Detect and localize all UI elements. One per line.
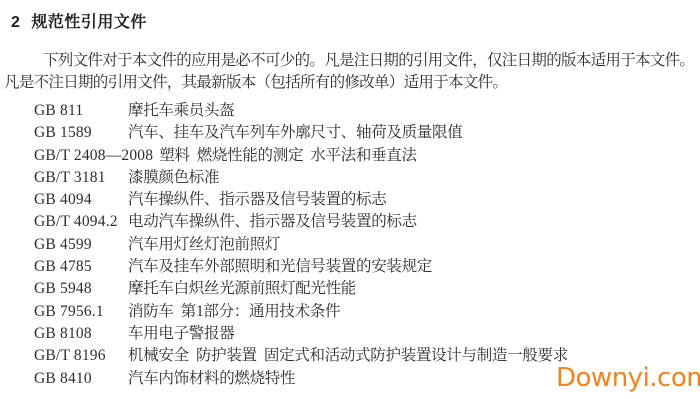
reference-title: 汽车用灯丝灯泡前照灯 — [128, 234, 280, 256]
reference-title: 汽车内饰材料的燃烧特性 — [128, 368, 295, 390]
reference-code: GB 811 — [34, 100, 122, 122]
reference-code: GB 4785 — [34, 256, 122, 278]
reference-row: GB 1589 汽车、挂车及汽车列车外廓尺寸、轴荷及质量限值 — [34, 122, 694, 144]
reference-code: GB/T 3181 — [34, 167, 122, 189]
reference-row: GB 5948 摩托车白炽丝光源前照灯配光性能 — [34, 278, 694, 300]
section-heading: 2规范性引用文件 — [11, 9, 147, 32]
reference-code: GB 4094 — [34, 189, 122, 211]
reference-row: GB 8108 车用电子警报器 — [34, 323, 694, 345]
section-number: 2 — [11, 14, 20, 31]
reference-code: GB 5948 — [34, 278, 122, 300]
intro-paragraph-line-2: 凡是不注日期的引用文件，其最新版本（包括所有的修改单）适用于本文件。 — [4, 72, 699, 94]
reference-row: GB/T 2408—2008 塑料 燃烧性能的测定 水平法和垂直法 — [34, 145, 694, 167]
reference-title: 汽车及挂车外部照明和光信号装置的安装规定 — [128, 256, 432, 278]
reference-row: GB 4599 汽车用灯丝灯泡前照灯 — [34, 234, 694, 256]
reference-code: GB 1589 — [34, 122, 122, 144]
reference-code: GB/T 2408—2008 — [34, 145, 153, 167]
section-title: 规范性引用文件 — [31, 14, 147, 31]
reference-code: GB 4599 — [34, 234, 122, 256]
reference-code: GB 7956.1 — [34, 301, 122, 323]
reference-code: GB 8410 — [34, 368, 122, 390]
reference-code: GB/T 8196 — [34, 345, 122, 367]
reference-row: GB/T 3181 漆膜颜色标准 — [34, 167, 694, 189]
reference-title: 塑料 燃烧性能的测定 水平法和垂直法 — [159, 145, 417, 167]
standard-document-page: 2规范性引用文件 下列文件对于本文件的应用是必不可少的。凡是注日期的引用文件，仅… — [0, 0, 700, 399]
reference-title: 车用电子警报器 — [128, 323, 234, 345]
reference-title: 电动汽车操纵件、指示器及信号装置的标志 — [128, 211, 417, 233]
reference-title: 汽车、挂车及汽车列车外廓尺寸、轴荷及质量限值 — [128, 122, 462, 144]
reference-title: 消防车 第1部分：通用技术条件 — [128, 301, 340, 323]
reference-row: GB 811 摩托车乘员头盔 — [34, 100, 694, 122]
reference-row: GB/T 4094.2 电动汽车操纵件、指示器及信号装置的标志 — [34, 211, 694, 233]
references-list: GB 811 摩托车乘员头盔 GB 1589 汽车、挂车及汽车列车外廓尺寸、轴荷… — [34, 100, 694, 390]
reference-row: GB 4094 汽车操纵件、指示器及信号装置的标志 — [34, 189, 694, 211]
reference-row: GB 7956.1 消防车 第1部分：通用技术条件 — [34, 301, 694, 323]
watermark-downyi: Downyi.com — [556, 363, 700, 393]
reference-code: GB/T 4094.2 — [34, 211, 122, 233]
reference-title: 摩托车白炽丝光源前照灯配光性能 — [128, 278, 356, 300]
reference-title: 漆膜颜色标准 — [128, 167, 219, 189]
reference-code: GB 8108 — [34, 323, 122, 345]
reference-title: 摩托车乘员头盔 — [128, 100, 234, 122]
intro-paragraph-line-1: 下列文件对于本文件的应用是必不可少的。凡是注日期的引用文件，仅注日期的版本适用于… — [4, 50, 699, 72]
intro-paragraph: 下列文件对于本文件的应用是必不可少的。凡是注日期的引用文件，仅注日期的版本适用于… — [4, 50, 699, 94]
reference-title: 机械安全 防护装置 固定式和活动式防护装置设计与制造一般要求 — [128, 345, 568, 367]
reference-row: GB 4785 汽车及挂车外部照明和光信号装置的安装规定 — [34, 256, 694, 278]
reference-title: 汽车操纵件、指示器及信号装置的标志 — [128, 189, 386, 211]
